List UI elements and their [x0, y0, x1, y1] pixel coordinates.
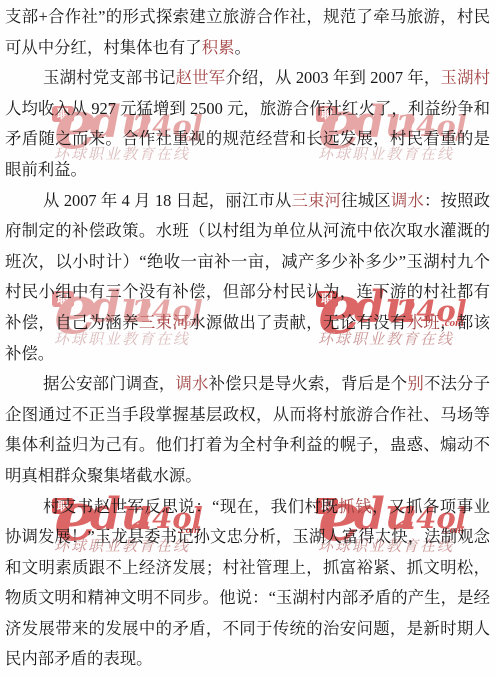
text-segment: 调水 [176, 374, 209, 393]
paragraph: 从 2007 年 4 月 18 日起，丽江市从三束河往城区调水：按照政府制定的补… [5, 186, 490, 370]
text-segment: 。 [234, 38, 250, 57]
article-body: 支部+合作社”的形式探索建立旅游合作社，规范了牵马旅游，村民可从中分红，村集体也… [0, 0, 496, 675]
text-segment: 介绍，从 2003 年到 2007 年， [225, 68, 440, 87]
text-segment: 三束河 [139, 313, 189, 332]
text-segment: 人均收入从 927 元猛增到 2500 元，旅游合作社红火了，利益纷争和矛盾随之… [5, 99, 490, 179]
text-segment: 玉湖村 [441, 68, 491, 87]
text-segment: 抓钱 [338, 497, 372, 516]
text-segment: 三束河 [292, 191, 342, 210]
document-page: 职 e du 24ol .com 环球职业教育在线 职 e du 24ol .c… [0, 0, 496, 676]
text-segment: ：按照政府制定的补偿政策。水班（以村组为单位从河流中依次取水灌溉的班次，以小时计… [5, 191, 490, 332]
text-segment: 别 [407, 374, 424, 393]
text-segment: 从 2007 年 4 月 18 日起，丽江市从 [43, 191, 292, 210]
text-segment: 玉湖村党支部书记 [43, 68, 176, 87]
paragraph: 玉湖村党支部书记赵世军介绍，从 2003 年到 2007 年，玉湖村人均收入从 … [5, 63, 490, 185]
paragraph: 村支书赵世军反思说：“现在，我们村既抓钱，又抓各项事业协调发展！”玉龙县委书记孙… [5, 492, 490, 676]
text-segment: 往城区 [341, 191, 391, 210]
text-segment: ，又抓各项事业协调发展！”玉龙县委书记孙文忠分析，玉湖人富得太快，法制观念和文明… [5, 497, 490, 669]
paragraph: 支部+合作社”的形式探索建立旅游合作社，规范了牵马旅游，村民可从中分红，村集体也… [5, 2, 490, 63]
text-segment: 补偿只是导火索，背后是个 [209, 374, 408, 393]
text-segment: 积累 [202, 38, 235, 57]
text-segment: 水源做出了责献，无论有没有 [189, 313, 407, 332]
paragraph: 据公安部门调查，调水补偿只是导火索，背后是个别不法分子企图通过不正当手段掌握基层… [5, 369, 490, 491]
text-segment: 村支书赵世军反思说：“现在，我们村既 [43, 497, 338, 516]
text-segment: 调水 [391, 191, 424, 210]
text-segment: 据公安部门调查， [43, 374, 176, 393]
text-segment: 赵世军 [176, 68, 226, 87]
text-segment: 水班 [407, 313, 440, 332]
